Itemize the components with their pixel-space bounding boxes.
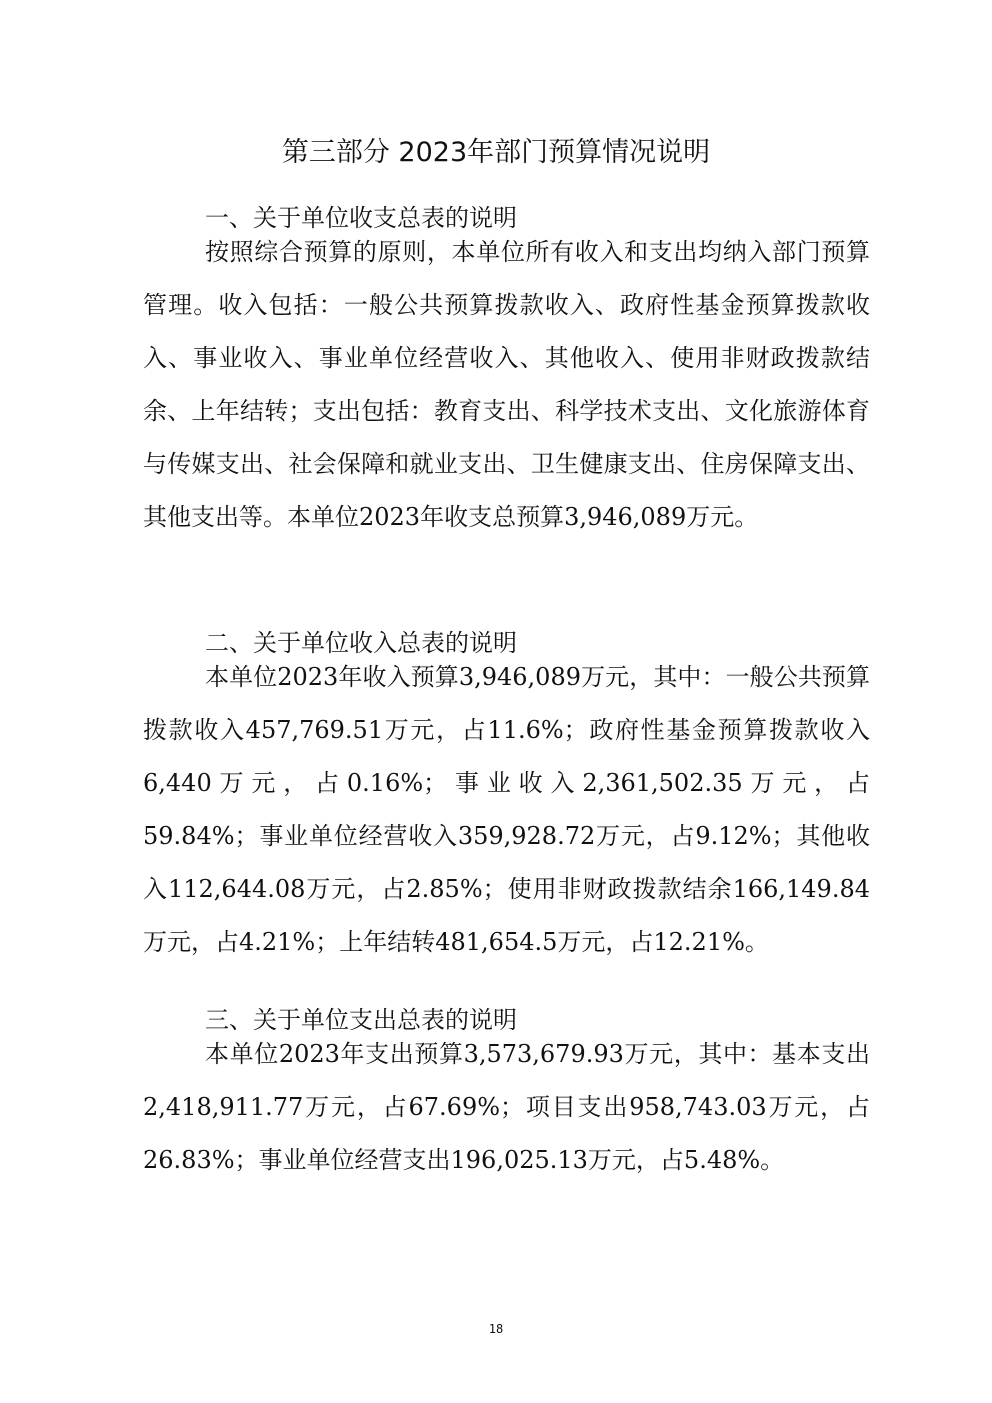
page-number: 18 — [0, 1322, 992, 1336]
section-body-income-expense-summary: 按照综合预算的原则，本单位所有收入和支出均纳入部门预算管理。收入包括：一般公共预… — [143, 226, 870, 544]
section-body-income-summary: 本单位2023年收入预算3,946,089万元，其中：一般公共预算拨款收入457… — [143, 651, 870, 969]
section-body-expense-summary: 本单位2023年支出预算3,573,679.93万元，其中：基本支出2,418,… — [143, 1028, 870, 1187]
page-title: 第三部分 2023年部门预算情况说明 — [0, 130, 992, 169]
